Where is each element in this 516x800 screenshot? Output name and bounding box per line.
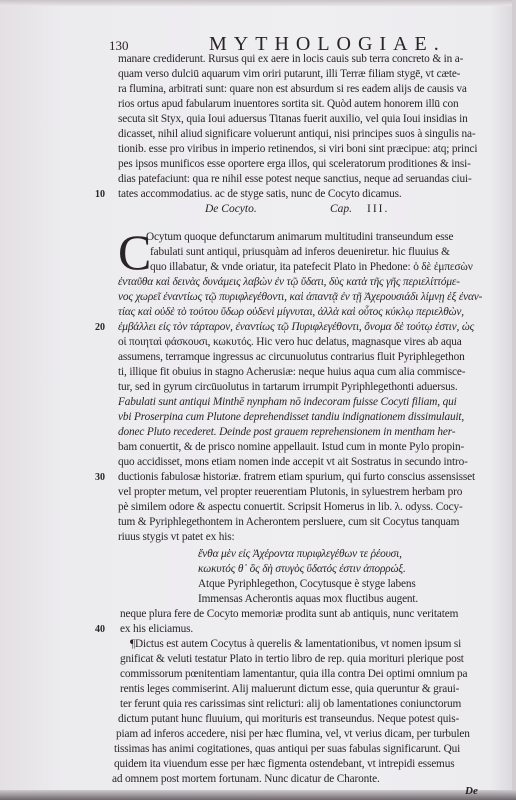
text-line: neque plura fere de Cocyto memoriæ prodi… <box>120 607 512 622</box>
text-line: rios ortus apud fabularum inuentores sor… <box>118 97 510 112</box>
catchword: De <box>465 785 478 797</box>
text-line: ¶Dictus est autem Cocytus à querelis & l… <box>130 637 516 652</box>
chapter-cap-label: Cap. <box>330 203 352 215</box>
line-number-marker: 10 <box>95 189 105 200</box>
greek-text-line: ἐμβάλλει εἰς τὸν τάρταρον, ἐναντίως τῷ Π… <box>118 320 510 335</box>
line-number-marker: 30 <box>95 472 105 483</box>
text-line: manare crediderunt. Rursus qui ex aere i… <box>118 52 510 67</box>
latin-verse-line: Atque Pyriphlegethon, Cocytusque è styge… <box>198 577 498 592</box>
latin-verse-line: Immensas Acherontis aquas mox fluctibus … <box>198 592 498 607</box>
text-line: quo accidisset, mons etiam nomen inde ac… <box>118 455 510 470</box>
text-line: ductionis fabulosæ historiæ. fratrem eti… <box>118 470 510 485</box>
text-line: ra flumina, arbitrati sunt: quare non es… <box>118 82 510 97</box>
text-line: quidem ita viuendum esse per hæc figment… <box>114 757 506 772</box>
text-line: quo illabatur, & vnde oriatur, ita patef… <box>150 260 510 275</box>
text-line: quam verso dulciū aquarum vim oriri puta… <box>118 67 510 82</box>
text-line: bam conuertit, & de prisco nomine appell… <box>118 440 510 455</box>
text-line: donec Pluto recederet. Deinde post graue… <box>118 425 510 440</box>
text-line: pè similem odore & aspectu conuertit. Sc… <box>118 500 510 515</box>
text-line: gnificat & veluti testatur Plato in tert… <box>120 652 512 667</box>
greek-text-line: τίας καὶ οὐδὲ τὸ τούτου ὕδωρ οὐδενὶ μίγν… <box>118 305 510 320</box>
greek-text-line: νος χωρεῖ ἐναντίως τῷ πυριφλεγέθοντι, κα… <box>118 290 510 305</box>
line-number-marker: 20 <box>95 322 105 333</box>
text-line: dictum putant hunc fluuium, qui morituri… <box>118 712 510 727</box>
text-line: riuus stygis vt patet ex his: <box>118 530 510 545</box>
text-line: pes ipsos munificos esse oportere erga i… <box>118 157 510 172</box>
text-line: vel propter metum, vel propter reuerenti… <box>118 485 510 500</box>
chapter-heading: De Cocyto. Cap. III. <box>0 203 516 219</box>
greek-verse-line: κωκυτός θ᾽ ὃς δὴ στυγὸς ὕδατός ἐστιν ἀπο… <box>198 562 498 577</box>
text-line: οἱ ποιηταὶ φάσκουσι, κωκυτός. Hic vero h… <box>118 335 510 350</box>
text-line: commissorum pœnitentiam lamentantur, qui… <box>120 667 512 682</box>
text-line: ad omnem post mortem fortunam. Nunc dica… <box>112 772 504 787</box>
text-line: vbi Proserpina cum Plutone deprehendisse… <box>118 410 510 425</box>
page-bottom-edge <box>0 790 516 800</box>
scanned-book-page: 130 MYTHOLOGIAE. manare crediderunt. Rur… <box>0 0 516 800</box>
text-line: tates accommodatius. ac de styge satis, … <box>118 187 510 202</box>
text-line: piam ad inferos accedere, nisi per hæc f… <box>116 727 508 742</box>
text-line: tum & Pyriphlegethontem in Acherontem pe… <box>118 515 510 530</box>
text-line: secuta sit Styx, quia Ioui aduersus Tita… <box>118 112 510 127</box>
text-line: tissimas has animi cogitationes, quas an… <box>114 742 506 757</box>
text-line: tur, sed in gyrum circūuolutus in tartar… <box>118 380 510 395</box>
chapter-number: III. <box>367 203 389 215</box>
line-number-marker: 40 <box>95 624 105 635</box>
page-right-edge <box>512 0 516 800</box>
text-line: dias patefaciunt: qua re nihil esse pote… <box>118 172 510 187</box>
chapter-title: De Cocyto. <box>205 203 257 215</box>
text-line: Ocytum quoque defunctarum animarum multi… <box>146 230 506 245</box>
text-line: fabulati sunt antiqui, priusquàm ad infe… <box>150 245 510 260</box>
greek-text-line: ἐνταῦθα καὶ δεινὰς δυνάμεις λαβὼν ἐν τῷ … <box>118 275 510 290</box>
text-line: ti, illique fit obuius in stagno Acherus… <box>118 365 510 380</box>
text-line: rentis leges commiserint. Alij maluerunt… <box>120 682 512 697</box>
text-line: tionib. esse pro viribus in imperio reti… <box>118 142 510 157</box>
text-line: Fabulati sunt antiqui Minthē nynpham nō … <box>118 395 510 410</box>
page-top-edge <box>0 0 516 6</box>
text-line: ter ferunt quia res carissimas sint reli… <box>120 697 512 712</box>
greek-verse-line: ἔνθα μὲν εἰς Ἀχέροντα πυριφλεγέθων τε ῥέ… <box>198 547 498 562</box>
text-line: ex his eliciamus. <box>120 622 512 637</box>
text-line: assumens, terramque ingressus ac circunu… <box>118 350 510 365</box>
text-line: dicasset, nihil aliud significare voluer… <box>118 127 510 142</box>
